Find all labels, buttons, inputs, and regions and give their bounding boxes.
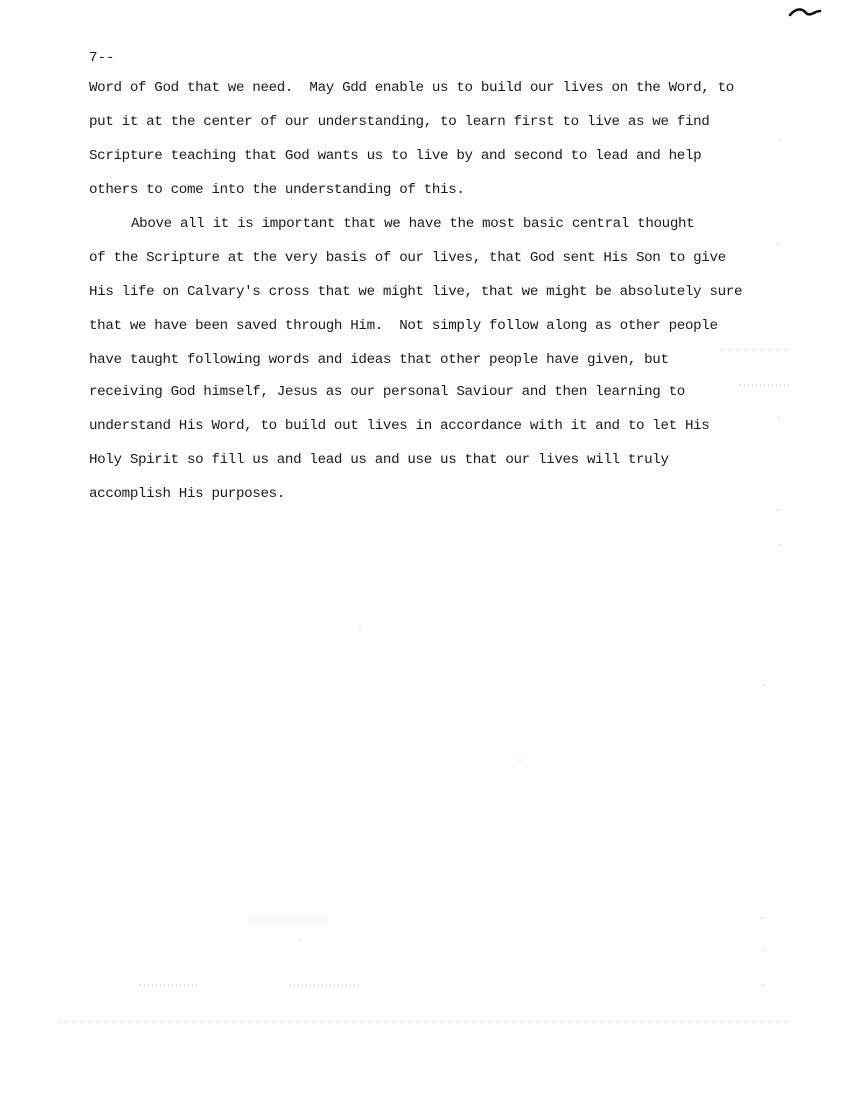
paragraph-1-line-3: Scripture teaching that God wants us to …	[89, 146, 701, 166]
paragraph-2-line-5: have taught following words and ideas th…	[89, 350, 669, 370]
paragraph-1-line-1: Word of God that we need. May Gdd enable…	[89, 78, 734, 98]
paragraph-2-line-1: Above all it is important that we have t…	[131, 214, 694, 234]
paragraph-2-line-9: accomplish His purposes.	[89, 484, 285, 504]
handwritten-tilde-mark	[788, 6, 822, 18]
paragraph-2-line-8: Holy Spirit so fill us and lead us and u…	[89, 450, 669, 470]
paragraph-2-line-7: understand His Word, to build out lives …	[89, 416, 709, 436]
page-number: 7--	[89, 48, 115, 68]
paragraph-1-line-4: others to come into the understanding of…	[89, 180, 465, 200]
paragraph-2-line-2: of the Scripture at the very basis of ou…	[89, 248, 726, 268]
paragraph-2-line-4: that we have been saved through Him. Not…	[89, 316, 718, 336]
paragraph-2-line-3: His life on Calvary's cross that we migh…	[89, 282, 742, 302]
paragraph-1-line-2: put it at the center of our understandin…	[89, 112, 709, 132]
paragraph-2-line-6: receiving God himself, Jesus as our pers…	[89, 382, 685, 402]
